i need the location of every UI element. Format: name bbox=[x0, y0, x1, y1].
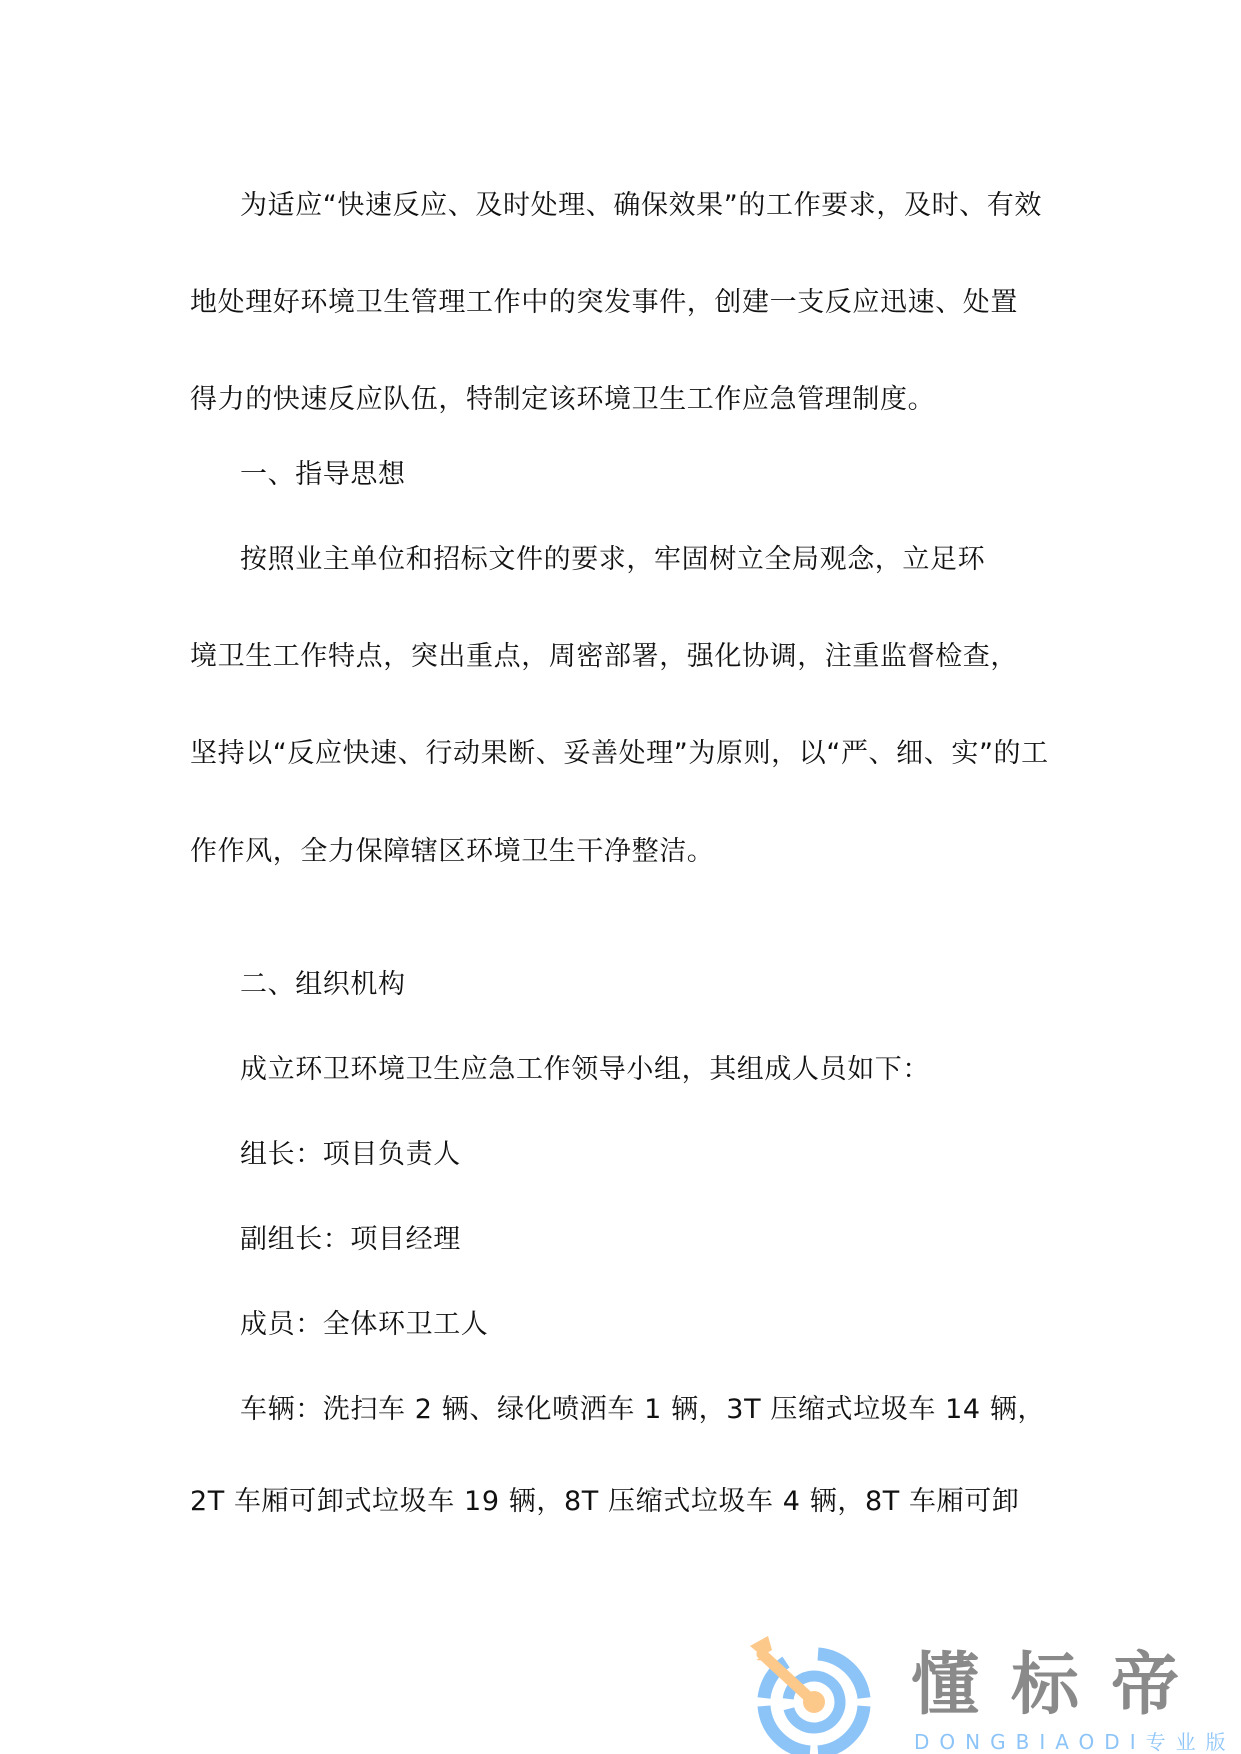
document-page: 为适应“快速反应、及时处理、确保效果”的工作要求，及时、有效 地处理好环境卫生管… bbox=[0, 0, 1241, 1754]
paragraph-line: 按照业主单位和招标文件的要求，牢固树立全局观念，立足环 bbox=[240, 542, 1120, 578]
paragraph-line: 坚持以“反应快速、行动果断、妥善处理”为原则，以“严、细、实”的工 bbox=[190, 736, 1070, 772]
paragraph-line: 地处理好环境卫生管理工作中的突发事件，创建一支反应迅速、处置 bbox=[190, 285, 1070, 321]
paragraph-line: 成员：全体环卫工人 bbox=[240, 1307, 1120, 1343]
paragraph-line: 成立环卫环境卫生应急工作领导小组，其组成人员如下： bbox=[240, 1052, 1120, 1088]
paragraph-line: 副组长：项目经理 bbox=[240, 1222, 1120, 1258]
paragraph-line: 组长：项目负责人 bbox=[240, 1137, 1120, 1173]
paragraph-line: 车辆：洗扫车 2 辆、绿化喷洒车 1 辆，3T 压缩式垃圾车 14 辆， bbox=[240, 1392, 1120, 1428]
section-heading: 二、组织机构 bbox=[240, 967, 1120, 1003]
paragraph-line: 2T 车厢可卸式垃圾车 19 辆，8T 压缩式垃圾车 4 辆，8T 车厢可卸 bbox=[190, 1484, 1070, 1520]
watermark-subtitle: DONGBIAODI专业版 bbox=[914, 1730, 1236, 1754]
paragraph-line: 为适应“快速反应、及时处理、确保效果”的工作要求，及时、有效 bbox=[240, 188, 1120, 224]
paragraph-line: 得力的快速反应队伍，特制定该环境卫生工作应急管理制度。 bbox=[190, 382, 1070, 418]
target-arrow-icon bbox=[746, 1632, 876, 1754]
paragraph-line: 作作风，全力保障辖区环境卫生干净整洁。 bbox=[190, 834, 1070, 870]
watermark: 懂标帝 DONGBIAODI专业版 bbox=[746, 1632, 1241, 1754]
paragraph-line: 境卫生工作特点，突出重点，周密部署，强化协调，注重监督检查， bbox=[190, 639, 1070, 675]
section-heading: 一、指导思想 bbox=[240, 457, 1120, 493]
watermark-brand: 懂标帝 bbox=[911, 1650, 1211, 1722]
